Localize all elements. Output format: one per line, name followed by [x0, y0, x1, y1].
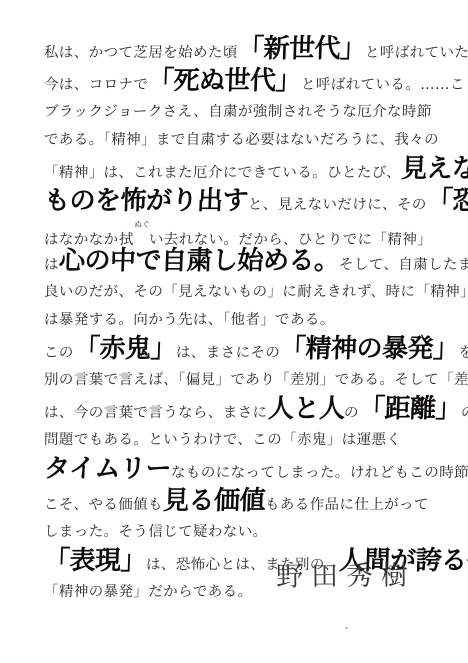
body-text: の: [461, 401, 468, 422]
text-line: 良いのだが、その「見えないもの」に耐えきれず、時に「精神」: [44, 280, 452, 308]
emphasized-text: 「新世代」: [237, 36, 365, 62]
body-text: は、今の言葉で言うなら、まさに: [44, 401, 268, 422]
body-text: 「精神の暴発」だからである。: [44, 580, 253, 601]
body-text: 「精神」は、これまた厄介にできている。ひとたび、: [44, 161, 401, 182]
body-text: 良いのだが、その「見えないもの」に耐えきれず、時に「精神」: [44, 280, 468, 301]
body-text: と呼ばれていた。: [365, 41, 468, 62]
text-line: ものを怖がり出すと、見えないだけに、その「恐怖心」: [44, 188, 452, 220]
emphasized-text: タイムリー: [44, 456, 172, 482]
body-text: もある作品に仕上がって: [265, 493, 429, 514]
text-line: この「赤鬼」は、まさにその「精神の暴発」を描いている。: [44, 336, 452, 368]
body-text: なものになってしまった。けれどもこの時節だから: [171, 461, 468, 482]
paper: 私は、かつて芝居を始めた頃「新世代」と呼ばれていた。今は、コロナで「死ぬ世代」と…: [0, 0, 468, 663]
body-text: 問題でもある。というわけで、この「赤鬼」は運悪く: [44, 428, 402, 449]
scan-speck: [345, 627, 348, 629]
text-line: 私は、かつて芝居を始めた頃「新世代」と呼ばれていた。: [44, 36, 452, 68]
body-text: 別の言葉で言えば、「偏見」であり「差別」である。そして「差別」: [44, 368, 468, 389]
emphasized-text: 「恐怖心」: [426, 188, 468, 214]
emphasized-text: ものを怖がり出す: [44, 188, 249, 214]
emphasized-text: 心の中で自粛し始める。: [58, 248, 339, 274]
body-text: である。「精神」まで自粛する必要はないだろうに、我々の: [44, 128, 439, 149]
emphasized-text: 「距離」: [358, 396, 461, 422]
signature: 野田秀樹: [276, 553, 416, 593]
body-text: そして、自粛したままなら: [339, 253, 468, 274]
text-line: 今は、コロナで「死ぬ世代」と呼ばれている。……こういう: [44, 68, 452, 100]
body-text: この: [44, 341, 74, 362]
emphasized-text: 「精神の暴発」: [280, 336, 459, 362]
text-line: こそ、やる価値も見る価値もある作品に仕上がって: [44, 488, 452, 520]
text-line: は、今の言葉で言うなら、まさに人と人の「距離」の: [44, 396, 452, 428]
text-line: は心の中で自粛し始める。そして、自粛したままなら: [44, 248, 452, 280]
body-text: と呼ばれている。……こういう: [301, 73, 468, 94]
text-line: しまった。そう信じて疑わない。: [44, 520, 452, 548]
body-text: を描いている。: [458, 341, 468, 362]
document-lines: 私は、かつて芝居を始めた頃「新世代」と呼ばれていた。今は、コロナで「死ぬ世代」と…: [44, 36, 452, 608]
text-line: はなかなか拭ぬぐい去れない。だから、ひとりでに「精神」: [44, 220, 452, 248]
emphasized-text: 人と人: [267, 396, 344, 422]
body-text: の: [344, 401, 359, 422]
text-line: である。「精神」まで自粛する必要はないだろうに、我々の: [44, 128, 452, 156]
body-text: 今は、コロナで: [44, 73, 149, 94]
body-text: 私は、かつて芝居を始めた頃: [44, 41, 238, 62]
body-text: と、見えないだけに、その: [248, 193, 427, 214]
text-line: 「精神」は、これまた厄介にできている。ひとたび、見えない: [44, 156, 452, 188]
emphasized-text: 「赤鬼」: [73, 336, 176, 362]
text-line: 別の言葉で言えば、「偏見」であり「差別」である。そして「差別」: [44, 368, 452, 396]
emphasized-text: 見る価値: [162, 488, 265, 514]
text-line: 問題でもある。というわけで、この「赤鬼」は運悪く: [44, 428, 452, 456]
body-text: は: [44, 253, 59, 274]
body-text: 拭ぬぐ: [118, 220, 149, 249]
text-line: ブラックジョークさえ、自粛が強制されそうな厄介な時節: [44, 100, 452, 128]
body-text: は暴発する。向かう先は、「他者」である。: [44, 308, 335, 329]
text-line: は暴発する。向かう先は、「他者」である。: [44, 308, 452, 336]
emphasized-text: 「表現」: [44, 548, 147, 574]
body-text: こそ、やる価値も: [44, 493, 163, 514]
emphasized-text: 「死ぬ世代」: [148, 68, 302, 94]
body-text: しまった。そう信じて疑わない。: [44, 520, 268, 541]
body-text: ブラックジョークさえ、自粛が強制されそうな厄介な時節: [44, 100, 432, 121]
emphasized-text: 見えない: [401, 156, 468, 182]
body-text: は、まさにその: [176, 341, 281, 362]
text-line: タイムリーなものになってしまった。けれどもこの時節だから: [44, 456, 452, 488]
